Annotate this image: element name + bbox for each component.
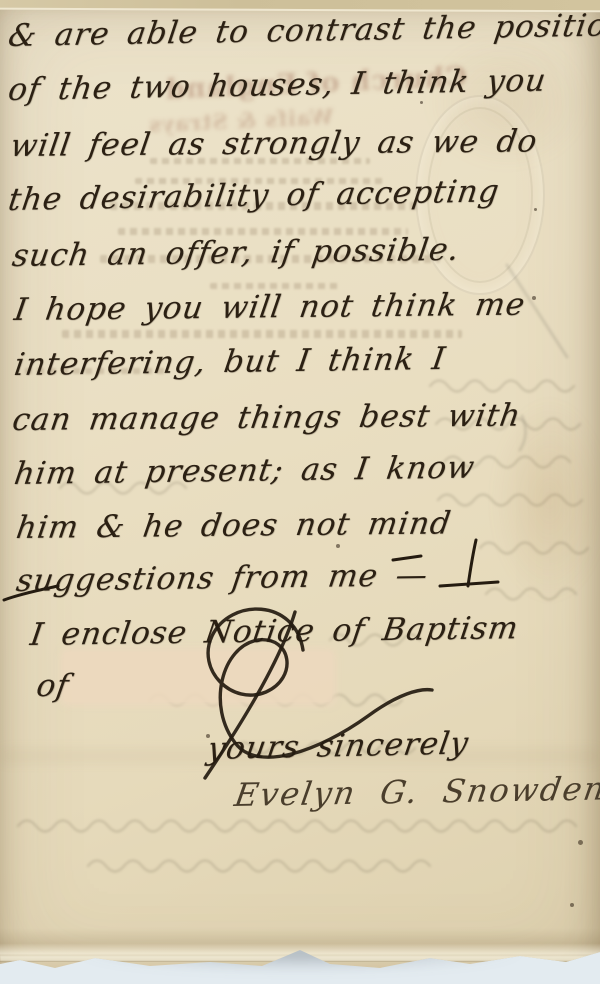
- ink-spot: [570, 903, 574, 907]
- ink-spot: [532, 296, 536, 300]
- ink-marks: [0, 0, 600, 978]
- ink-spot: [206, 734, 210, 738]
- scanned-letter: Church of England Waifs & Strays: [0, 0, 600, 984]
- ink-spot: [578, 840, 583, 845]
- ink-spot: [336, 544, 340, 548]
- ink-spot: [534, 208, 537, 211]
- ink-spot: [420, 101, 423, 104]
- letter-page: Church of England Waifs & Strays: [0, 0, 600, 978]
